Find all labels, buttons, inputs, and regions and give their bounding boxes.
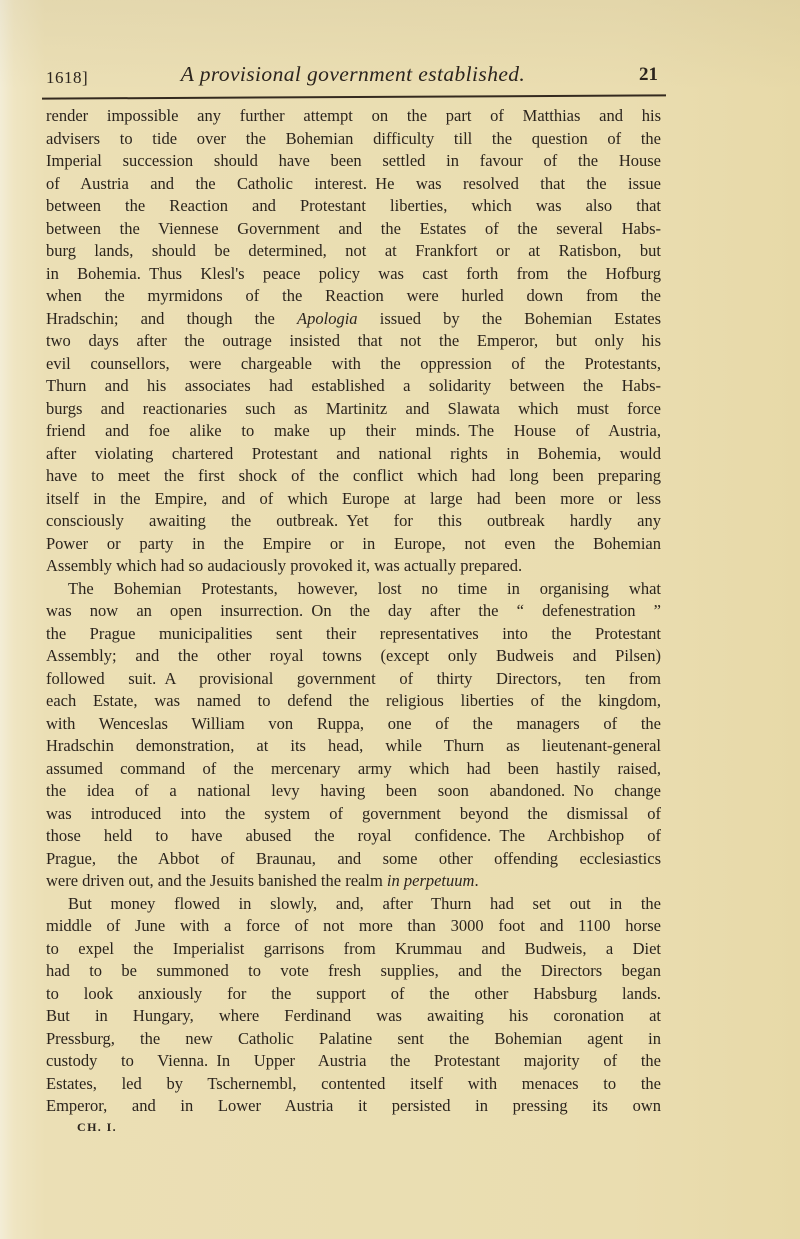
text-line: Hradschin demonstration, at its head, wh… xyxy=(46,735,661,758)
text-line: each Estate, was named to defend the rel… xyxy=(46,690,661,713)
text-line: custody to Vienna. In Upper Austria the … xyxy=(46,1050,661,1073)
text-line: to expel the Imperialist garrisons from … xyxy=(46,938,661,961)
text-line: Assembly which had so audaciously provok… xyxy=(46,555,661,578)
text-line: render impossible any further attempt on… xyxy=(46,105,661,128)
text-line: the idea of a national levy having been … xyxy=(46,780,661,803)
text-line: middle of June with a force of not more … xyxy=(46,915,661,938)
text-line: was now an open insurrection. On the day… xyxy=(46,600,661,623)
chapter-footer: CH. I. xyxy=(77,1120,117,1135)
text-line: with Wenceslas William von Ruppa, one of… xyxy=(46,713,661,736)
book-page: 1618] A provisional government establish… xyxy=(0,0,800,1239)
text-line: between the Reaction and Protestant libe… xyxy=(46,195,661,218)
text-line: two days after the outrage insisted that… xyxy=(46,330,661,353)
text-line: Power or party in the Empire or in Europ… xyxy=(46,533,661,556)
text-line: in Bohemia. Thus Klesl's peace policy wa… xyxy=(46,263,661,286)
text-line: advisers to tide over the Bohemian diffi… xyxy=(46,128,661,151)
text-line: followed suit. A provisional government … xyxy=(46,668,661,691)
text-line: the Prague municipalities sent their rep… xyxy=(46,623,661,646)
text-line: Estates, led by Tschernembl, contented i… xyxy=(46,1073,661,1096)
text-line: Pressburg, the new Catholic Palatine sen… xyxy=(46,1028,661,1051)
text-line: was introduced into the system of govern… xyxy=(46,803,661,826)
text-line: burg lands, should be determined, not at… xyxy=(46,240,661,263)
text-line: Imperial succession should have been set… xyxy=(46,150,661,173)
body-text: render impossible any further attempt on… xyxy=(46,105,661,1118)
text-line: Prague, the Abbot of Braunau, and some o… xyxy=(46,848,661,871)
text-line: to look anxiously for the support of the… xyxy=(46,983,661,1006)
text-line: The Bohemian Protestants, however, lost … xyxy=(46,578,661,601)
text-line: were driven out, and the Jesuits banishe… xyxy=(46,870,661,893)
text-line: Assembly; and the other royal towns (exc… xyxy=(46,645,661,668)
text-line: have to meet the first shock of the conf… xyxy=(46,465,661,488)
text-line: itself in the Empire, and of which Europ… xyxy=(46,488,661,511)
text-line: had to be summoned to vote fresh supplie… xyxy=(46,960,661,983)
text-line: evil counsellors, were chargeable with t… xyxy=(46,353,661,376)
text-line: But money flowed in slowly, and, after T… xyxy=(46,893,661,916)
text-line: friend and foe alike to make up their mi… xyxy=(46,420,661,443)
text-line: of Austria and the Catholic interest. He… xyxy=(46,173,661,196)
text-line: assumed command of the mercenary army wh… xyxy=(46,758,661,781)
page-number: 21 xyxy=(46,64,658,86)
text-line: Thurn and his associates had established… xyxy=(46,375,661,398)
text-line: Emperor, and in Lower Austria it persist… xyxy=(46,1095,661,1118)
text-line: consciously awaiting the outbreak. Yet f… xyxy=(46,510,661,533)
text-line: after violating chartered Protestant and… xyxy=(46,443,661,466)
text-line: But in Hungary, where Ferdinand was awai… xyxy=(46,1005,661,1028)
text-line: between the Viennese Government and the … xyxy=(46,218,661,241)
text-line: Hradschin; and though the Apologia issue… xyxy=(46,308,661,331)
header-rule xyxy=(42,94,666,99)
text-line: those held to have abused the royal conf… xyxy=(46,825,661,848)
text-line: burgs and reactionaries such as Martinit… xyxy=(46,398,661,421)
text-line: when the myrmidons of the Reaction were … xyxy=(46,285,661,308)
